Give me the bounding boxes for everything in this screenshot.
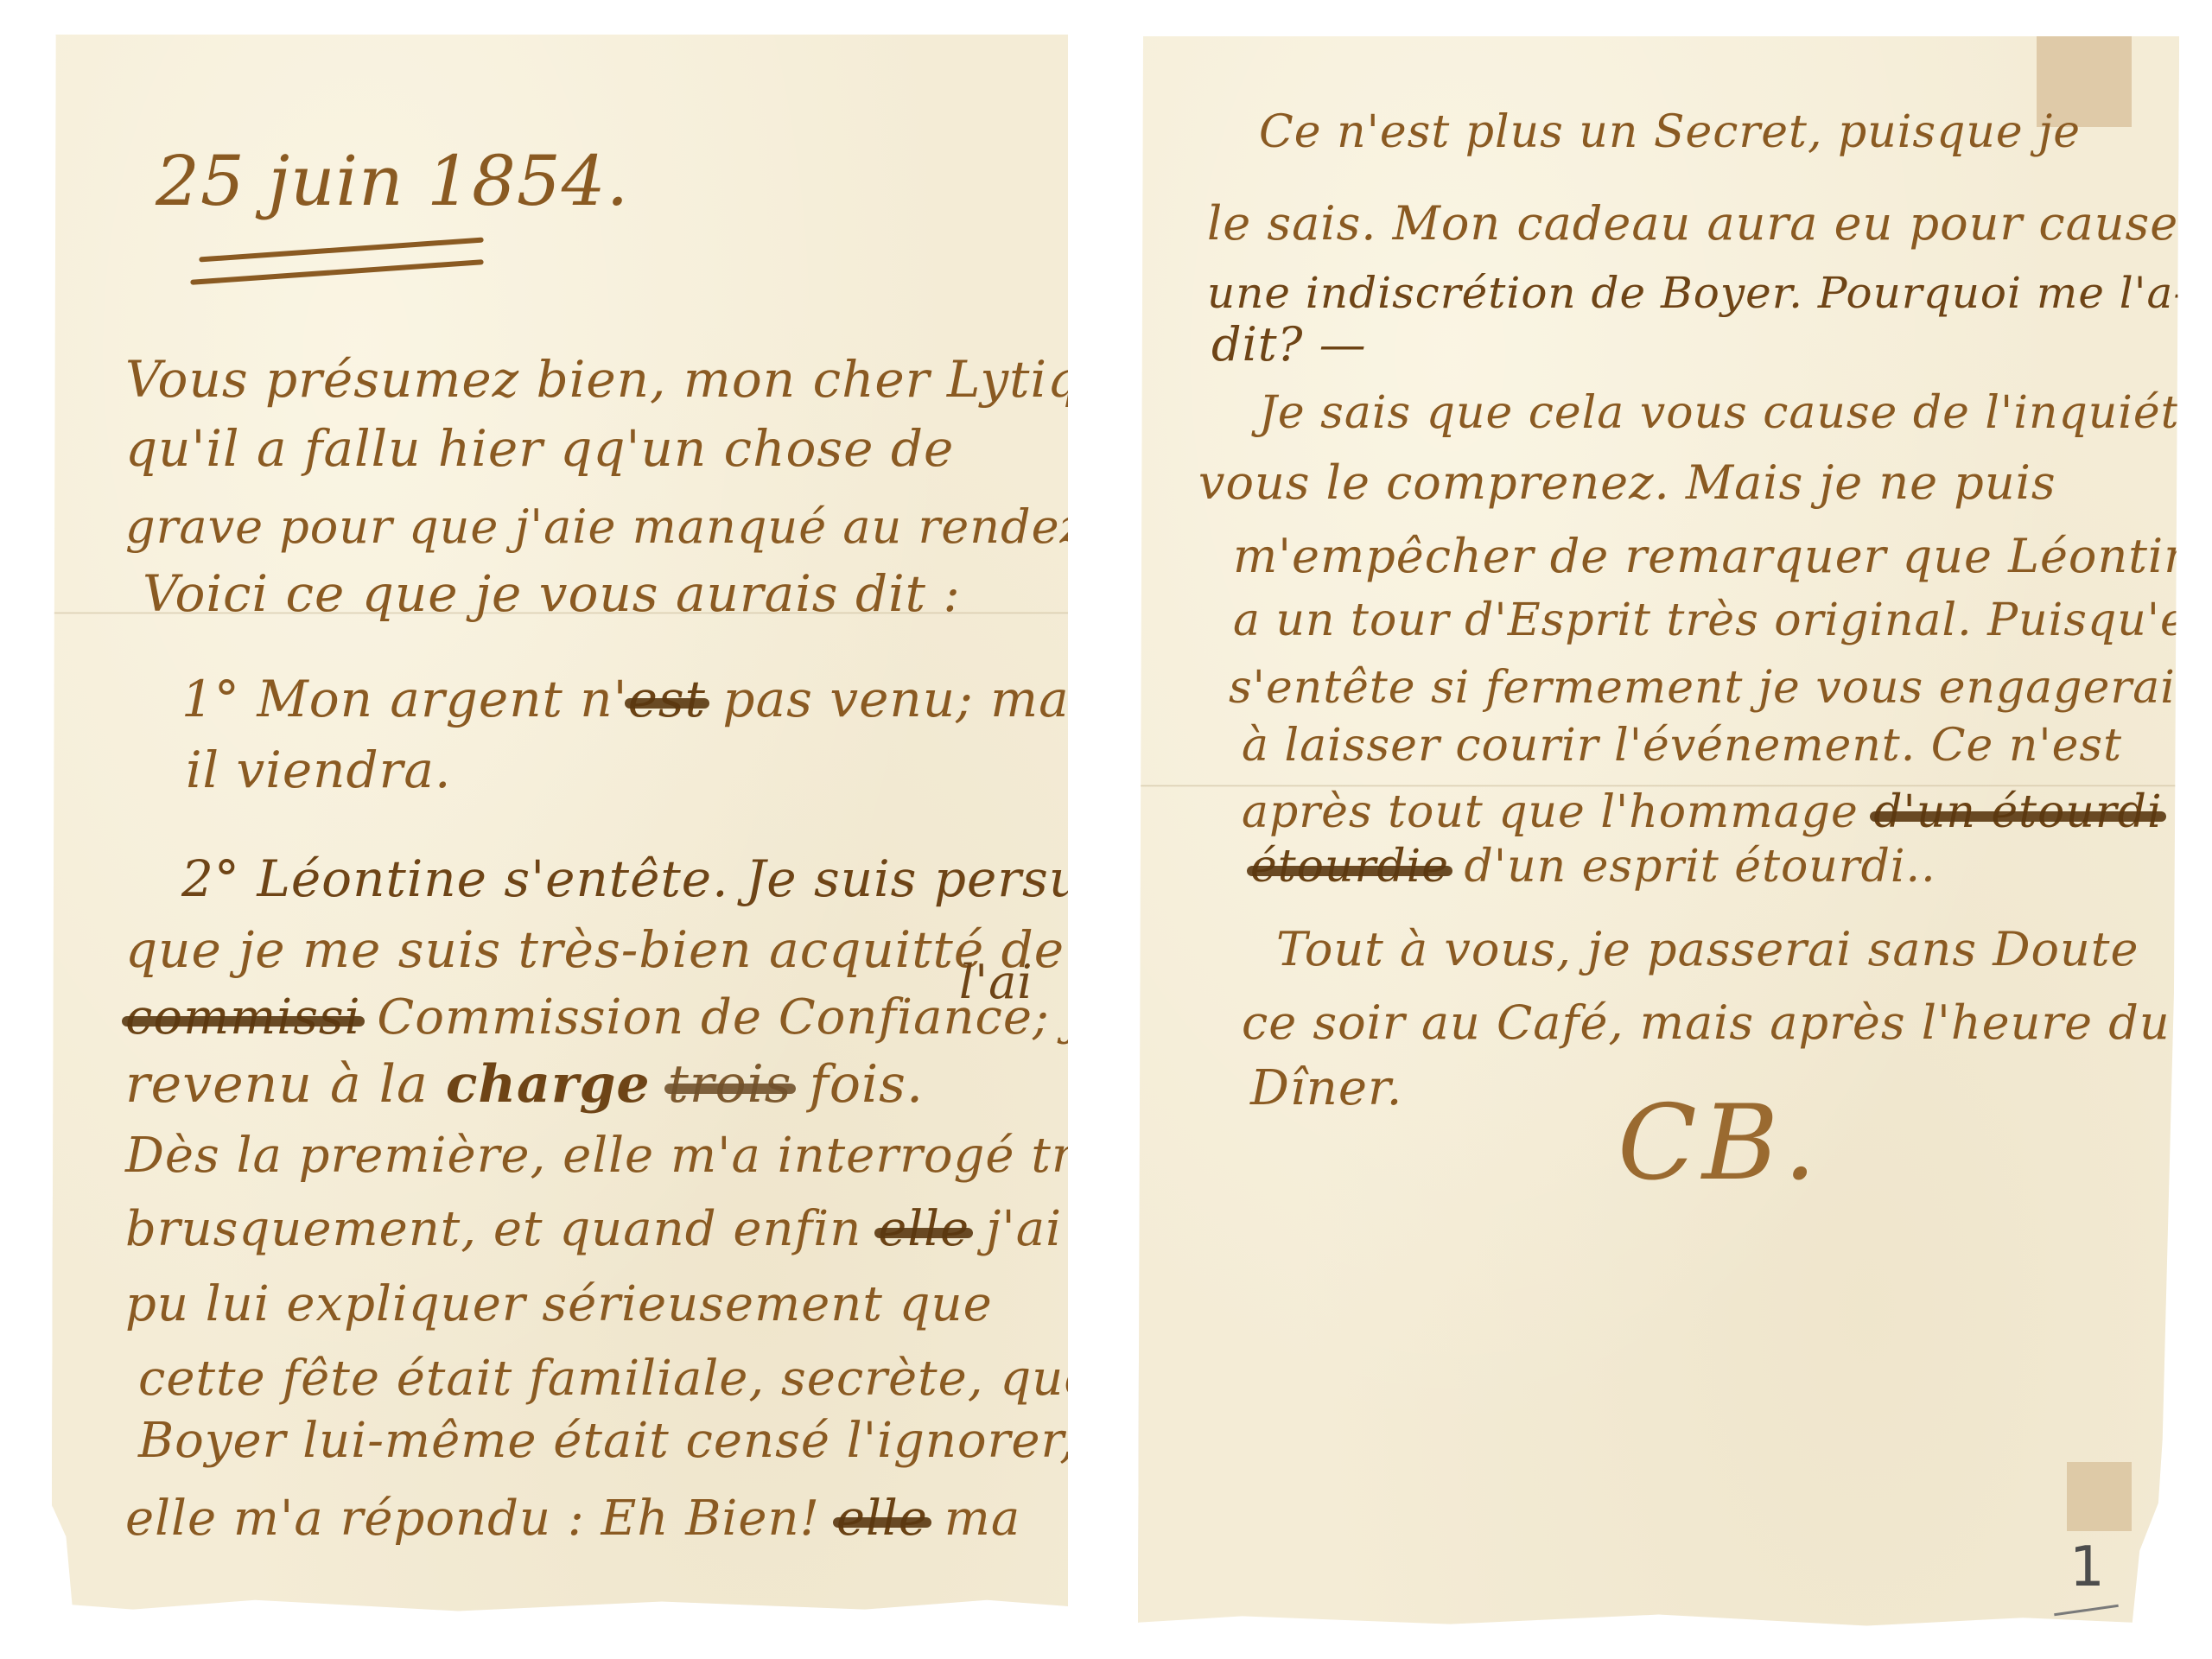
- line-text: j'ai: [969, 1201, 1062, 1257]
- letter-line: grave pour que j'aie manqué au rendez-vo…: [125, 504, 1230, 550]
- emphasized-word: charge: [446, 1054, 651, 1115]
- mounting-tape: [2067, 1462, 2132, 1531]
- line-text: d'un esprit étourdi..: [1449, 841, 1936, 893]
- letter-line: ce soir au Café, mais après l'heure du: [1242, 1000, 2171, 1046]
- letter-line: une indiscrétion de Boyer. Pourquoi me l…: [1207, 271, 2212, 315]
- letter-line: vous le comprenez. Mais je ne puis: [1198, 460, 2056, 506]
- page-number-underline: [2054, 1605, 2119, 1616]
- letter-line: 2° Léontine s'entête. Je suis persuadé: [181, 854, 1176, 904]
- letter-line: Voici ce que je vous aurais dit :: [143, 569, 961, 619]
- letter-line: pu lui expliquer sérieusement que: [125, 1281, 993, 1329]
- letter-line: étourdie d'un esprit étourdi..: [1250, 844, 1936, 889]
- letter-line: a un tour d'Esprit très original. Puisqu…: [1233, 598, 2212, 643]
- page-number: 1: [2069, 1535, 2105, 1599]
- letter-line: s'entête si fermement je vous engagerai: [1229, 665, 2176, 710]
- struck-out-word: est: [628, 670, 706, 728]
- letter-page-right: Ce n'est plus un Secret, puisque je le s…: [1138, 36, 2179, 1630]
- letter-line: Je sais que cela vous cause de l'inquiét…: [1259, 391, 2212, 435]
- letter-line: après tout que l'hommage d'un étourdi: [1242, 790, 2163, 835]
- line-text: brusquement, et quand enfin: [125, 1201, 878, 1257]
- letter-line: 1° Mon argent n'est pas venu; mais: [181, 674, 1113, 724]
- letter-line: qu'il a fallu hier qq'un chose de: [125, 423, 954, 474]
- letter-line: Tout à vous, je passerai sans Doute: [1276, 926, 2139, 973]
- letter-line: Dîner.: [1250, 1065, 1402, 1113]
- line-text: fois.: [792, 1054, 924, 1115]
- struck-out-word: elle: [836, 1491, 928, 1547]
- letter-line: Dès la première, elle m'a interrogé très: [125, 1132, 1131, 1180]
- letter-line: m'empêcher de remarquer que Léontine: [1233, 533, 2212, 580]
- line-text: 1° Mon argent n': [181, 670, 628, 728]
- line-text: revenu à la: [125, 1054, 446, 1115]
- letter-line: il viendra.: [186, 745, 451, 795]
- letter-line: à laisser courir l'événement. Ce n'est: [1242, 723, 2122, 768]
- letter-line: Boyer lui-même était censé l'ignorer, -: [138, 1417, 1109, 1465]
- signature: CB.: [1618, 1084, 1821, 1204]
- date-underline: [199, 237, 484, 262]
- letter-page-left: 25 juin 1854. Vous présumez bien, mon ch…: [52, 35, 1068, 1616]
- date-underline: [190, 259, 484, 285]
- struck-out-word: elle: [878, 1201, 969, 1257]
- letter-line: Ce n'est plus un Secret, puisque je: [1259, 110, 2081, 155]
- letter-line: le sais. Mon cadeau aura eu pour cause: [1207, 200, 2178, 247]
- letter-line: dit? —: [1211, 321, 1367, 368]
- struck-out-word: trois: [668, 1054, 792, 1115]
- line-text: elle m'a répondu : Eh Bien!: [125, 1491, 836, 1547]
- letter-line: elle m'a répondu : Eh Bien! elle ma: [125, 1495, 1020, 1543]
- line-text: pas venu; mais: [706, 670, 1113, 728]
- struck-out-word: commissi: [125, 989, 361, 1046]
- struck-out-word: étourdie: [1250, 841, 1449, 893]
- letter-line: brusquement, et quand enfin elle j'ai: [125, 1205, 1062, 1254]
- struck-out-word: d'un étourdi: [1873, 786, 2162, 838]
- line-text: ma: [928, 1491, 1020, 1547]
- letter-date: 25 juin 1854.: [156, 147, 629, 216]
- interlinear-insertion: l'ai: [959, 959, 1033, 1006]
- line-text: après tout que l'hommage: [1242, 786, 1873, 838]
- letter-line: cette fête était familiale, secrète, que: [138, 1355, 1093, 1403]
- letter-line: Vous présumez bien, mon cher Lytique,: [125, 354, 1160, 404]
- letter-line: revenu à la charge trois fois.: [125, 1058, 924, 1110]
